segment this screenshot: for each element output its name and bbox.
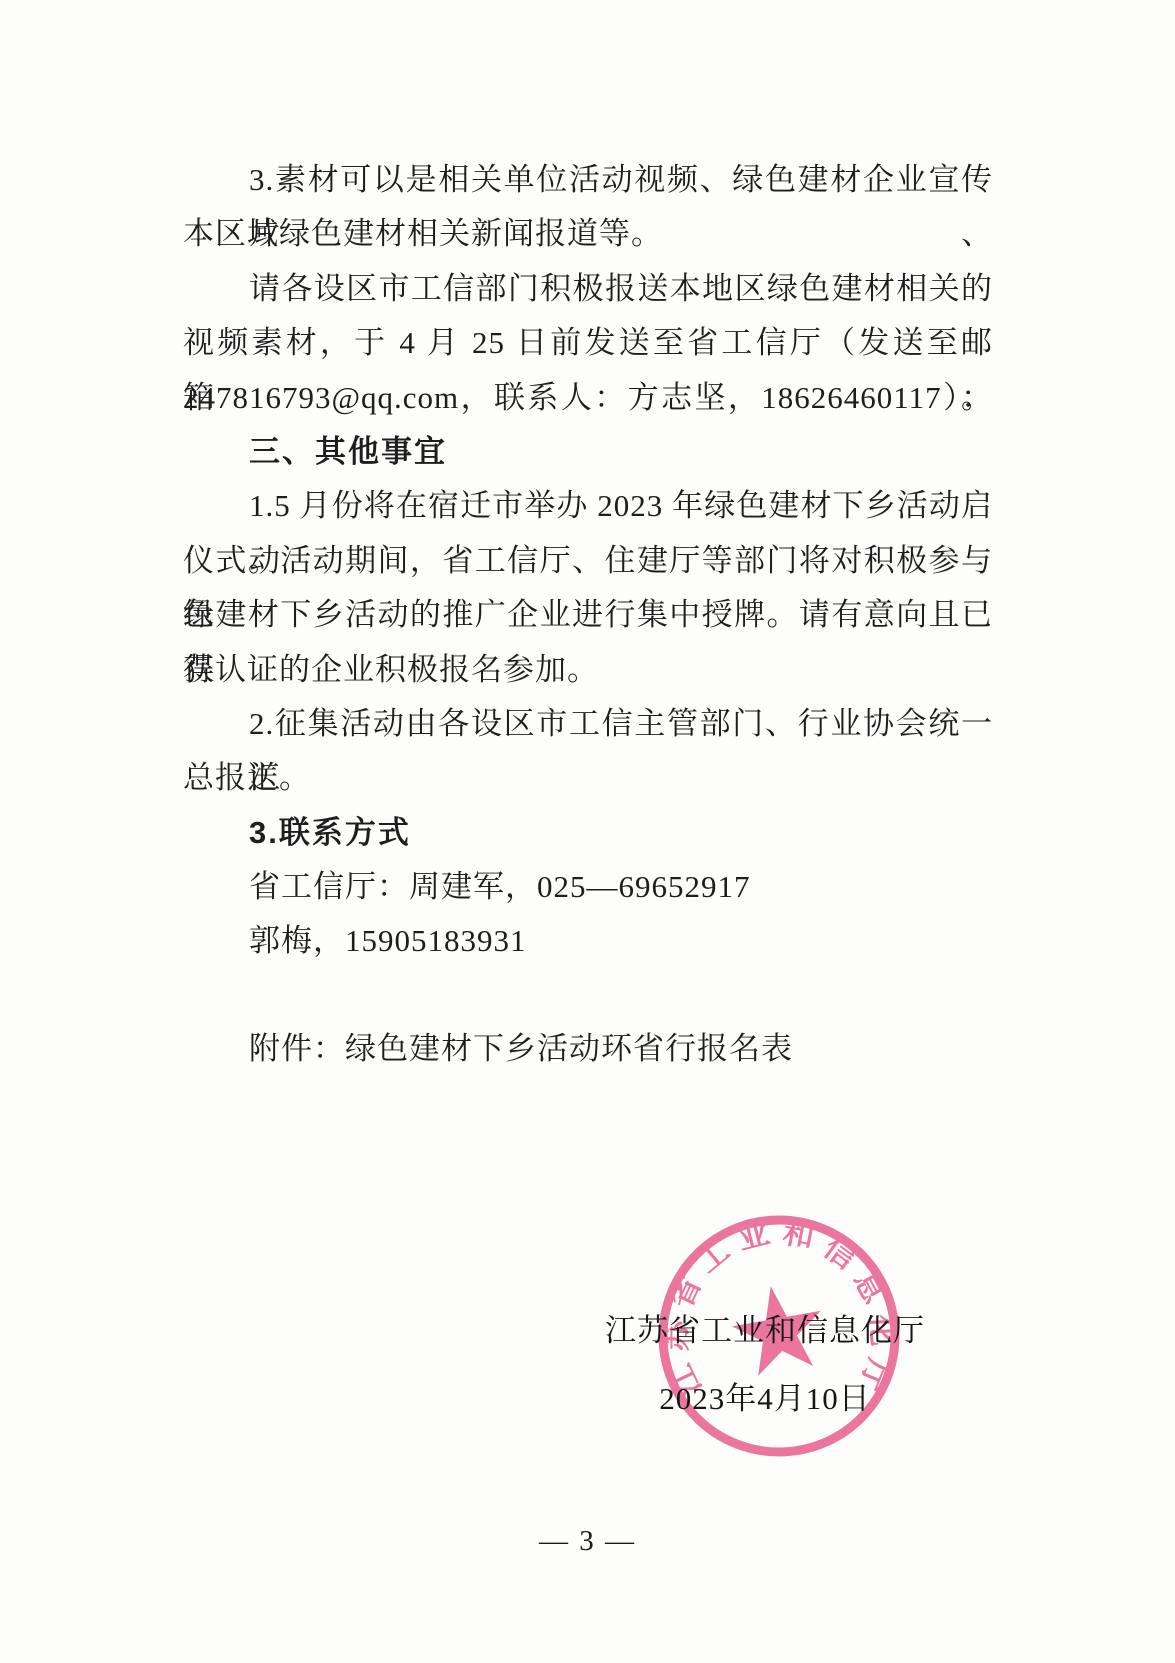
section-heading: 3.联系方式 <box>183 806 993 860</box>
signature-date: 2023年4月10日 <box>595 1379 935 1419</box>
contact-line: 省工信厅：周建军，025—69652917 <box>183 860 993 914</box>
signature-agency: 江苏省工业和信息化厅 <box>595 1311 935 1351</box>
section-heading: 三、其他事宜 <box>183 425 993 479</box>
page-number: — 3 — <box>0 1525 1175 1558</box>
body-line: 247816793@qq.com，联系人：方志坚，18626460117）。 <box>183 371 993 425</box>
document-body: 3.素材可以是相关单位活动视频、绿色建材企业宣传片、 本区域绿色建材相关新闻报道… <box>183 153 993 1076</box>
contact-line: 郭梅，15905183931 <box>183 914 993 968</box>
body-line: 得认证的企业积极报名参加。 <box>183 643 993 697</box>
body-line: 仪式。活动期间，省工信厅、住建厅等部门将对积极参与绿 <box>183 534 993 588</box>
body-line: 总报送。 <box>183 751 993 805</box>
document-page: 3.素材可以是相关单位活动视频、绿色建材企业宣传片、 本区域绿色建材相关新闻报道… <box>0 0 1175 1663</box>
attachment-line: 附件：绿色建材下乡活动环省行报名表 <box>183 1022 993 1076</box>
body-line: 视频素材，于 4 月 25 日前发送至省工信厅（发送至邮箱： <box>183 316 993 370</box>
body-line: 请各设区市工信部门积极报送本地区绿色建材相关的 <box>183 262 993 316</box>
body-line: 1.5 月份将在宿迁市举办 2023 年绿色建材下乡活动启动 <box>183 479 993 533</box>
body-line: 3.素材可以是相关单位活动视频、绿色建材企业宣传片、 <box>183 153 993 207</box>
body-line: 2.征集活动由各设区市工信主管部门、行业协会统一汇 <box>183 697 993 751</box>
body-line: 色建材下乡活动的推广企业进行集中授牌。请有意向且已获 <box>183 588 993 642</box>
blank-line <box>183 969 993 1022</box>
